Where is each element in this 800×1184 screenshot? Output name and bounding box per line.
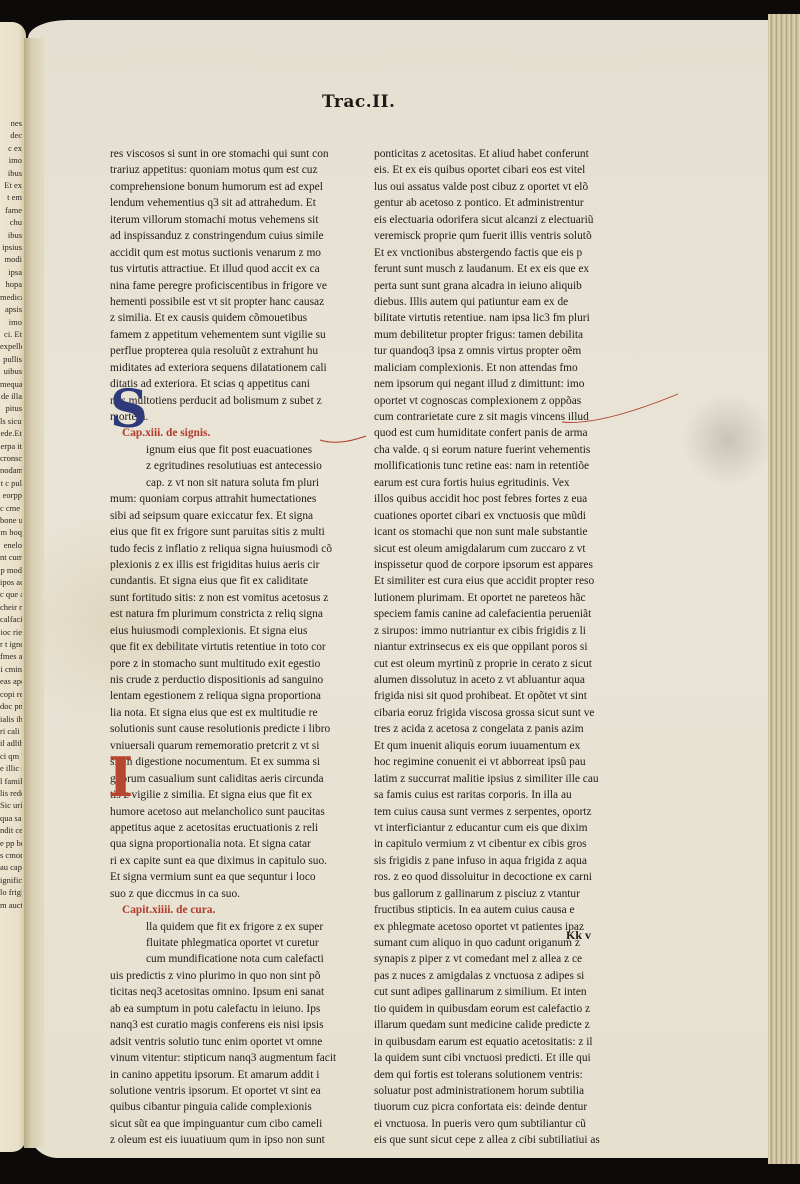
facing-page-fragment: c que ali	[0, 588, 22, 600]
text-line: in canino appetitu ipsorum. Et amarum ad…	[110, 1067, 354, 1083]
text-line: icant os stomachi que non sunt male subs…	[374, 524, 630, 540]
text-line: Et qum inuenit aliquis eorum iuuamentum …	[374, 738, 630, 754]
facing-page-fragment: m aucta	[0, 899, 22, 911]
facing-page-fragment: s cmonilo	[0, 849, 22, 861]
text-line: dem qui fortis est tolerans solutionem v…	[374, 1067, 630, 1083]
text-line: ei vnctuosa. In pueris vero qum subtilia…	[374, 1116, 630, 1132]
facing-page-fragment: nt cumi	[0, 551, 22, 563]
text-line: ponticitas z acetositas. Et aliud habet …	[374, 146, 630, 162]
text-line: Et ex vnctionibus abstergendo factis que…	[374, 245, 630, 261]
text-line: plexionis z ex illis est frigiditas huiu…	[110, 557, 354, 573]
text-line: solutione ventris ipsorum. Et oportet vt…	[110, 1083, 354, 1099]
text-line: tem cuius causa sunt vermes z serpentes,…	[374, 804, 630, 820]
text-line: famem z appetitum vehementem sunt vigili…	[110, 327, 354, 343]
text-line: la quidem sunt cibi vnctuosi predicti. E…	[374, 1050, 630, 1066]
facing-page-fragment: eas ape	[0, 675, 22, 687]
text-line: quod est cum humiditate confert panis de…	[374, 425, 630, 441]
left-text-column: res viscosos si sunt in ore stomachi qui…	[110, 146, 354, 1149]
right-text-column: ponticitas z acetositas. Et aliud habet …	[374, 146, 630, 1149]
text-line: lla quidem que fit ex frigore z ex super	[110, 919, 354, 935]
facing-page-fragment: cronsc	[0, 452, 22, 464]
facing-page-fragment: chu	[0, 216, 22, 228]
text-line: ros. z eo quod dissoluitur in decoctione…	[374, 869, 630, 885]
facing-page-fragment: fame	[0, 204, 22, 216]
facing-page-fragment: bone ul	[0, 514, 22, 526]
text-line: ex phlegmate acetoso oportet vt patiente…	[374, 919, 630, 935]
facing-page-fragment: pullis	[0, 353, 22, 365]
facing-page-fragment: ede.Et	[0, 427, 22, 439]
facing-page-fragment: dec	[0, 129, 22, 141]
text-line: tiuorum cuz picra confortata eis: deinde…	[374, 1099, 630, 1115]
text-line: maliciam complexionis. Et non attendas f…	[374, 360, 630, 376]
text-line: Et similiter est cura eius que accidit p…	[374, 573, 630, 589]
facing-page-text-fragments: nesdecc eximoibusEt ext emfamechuibusips…	[0, 117, 22, 911]
text-line: solutionis sunt cause resolutionis predi…	[110, 721, 354, 737]
facing-page-fragment: p mod	[0, 564, 22, 576]
facing-page-fragment: ci qm lap	[0, 750, 22, 762]
page-fore-edge	[768, 14, 800, 1164]
facing-page-fragment: fmes ait	[0, 650, 22, 662]
text-line: niantur extrinsecus ex eis que oppilant …	[374, 639, 630, 655]
facing-page-fragment: modi	[0, 253, 22, 265]
text-line: ad inspissanduz z constringendum cuius s…	[110, 228, 354, 244]
text-line: ri ex capite sunt ea que diximus in capi…	[110, 853, 354, 869]
text-line: perta sunt sunt grana alcadra in ieiuno …	[374, 278, 630, 294]
text-line: perflue propterea quia resoluũt z extrah…	[110, 343, 354, 359]
facing-page-fragment: nes	[0, 117, 22, 129]
text-line: fluitate phlegmatica oportet vt curetur	[110, 935, 354, 951]
facing-page-fragment: Et ex	[0, 179, 22, 191]
facing-page-fragment: imo	[0, 154, 22, 166]
facing-page-fragment: il adlib	[0, 737, 22, 749]
text-line: uis predictis z vino plurimo in quo non …	[110, 968, 354, 984]
text-line: nem ipsorum qui negant illud z dimittunt…	[374, 376, 630, 392]
text-line: fructibus stipticis. In ea autem cuius c…	[374, 902, 630, 918]
facing-page-fragment: ibus	[0, 229, 22, 241]
running-head: Trac.II.	[322, 92, 395, 112]
text-line: z oleum est eis iuuatiuum qum in ipso no…	[110, 1132, 354, 1148]
text-line: accidit qum est motus suctionis venarum …	[110, 245, 354, 261]
text-line: sit in digestione nocumentum. Et ex summ…	[110, 754, 354, 770]
text-line: tudo fecis z inflatio z reliqua signa hu…	[110, 541, 354, 557]
facing-page-fragment: l famila a	[0, 775, 22, 787]
facing-page-fragment: e pp bois	[0, 837, 22, 849]
text-line: tus virtutis attractiue. Et illud quod a…	[110, 261, 354, 277]
text-line: inspissetur quod de corpore ipsorum est …	[374, 557, 630, 573]
text-line: lentam egestionem z reliqua signa propor…	[110, 688, 354, 704]
text-line: speciem famis canine ad calefacientia pe…	[374, 606, 630, 622]
text-line: gnorum casualium sunt caliditas aeris ci…	[110, 771, 354, 787]
text-line: sunt fortitudo sitis: z non est vomitus …	[110, 590, 354, 606]
signature-mark: Kk v	[566, 928, 591, 943]
text-line: vt interficiantur z educantur cum eis qu…	[374, 820, 630, 836]
facing-page-fragment: enelo	[0, 539, 22, 551]
text-line: tres z acida z acetosa z congelata z pan…	[374, 721, 630, 737]
text-line: cut est oleum myrtinũ z proprie in cerat…	[374, 656, 630, 672]
facing-page-fragment: calfaci	[0, 613, 22, 625]
text-line: diebus. Illis autem qui patiuntur eam ex…	[374, 294, 630, 310]
text-line: z egritudines resolutiuas est antecessio	[110, 458, 354, 474]
text-line: in quibusdam earum est equatio acetosita…	[374, 1034, 630, 1050]
text-line: iterum villorum stomachi motus vehemens …	[110, 212, 354, 228]
facing-page-fragment: i cmin	[0, 663, 22, 675]
text-line: gentur ab acetoso z pontico. Et administ…	[374, 195, 630, 211]
text-line: qua signa proportionalia nota. Et signa …	[110, 836, 354, 852]
text-line: bus gallorum z gallinarum z pisciuz z vt…	[374, 886, 630, 902]
text-line: res viscosos si sunt in ore stomachi qui…	[110, 146, 354, 162]
facing-page-fragment: t c pul	[0, 477, 22, 489]
text-line: lus oui assatus valde post cibuz z oport…	[374, 179, 630, 195]
facing-page-fragment: ls sicut	[0, 415, 22, 427]
text-line: pore z in stomacho sunt multitudo exit e…	[110, 656, 354, 672]
facing-page-fragment: cheir re	[0, 601, 22, 613]
text-line: earum est cura fortis huius egritudinis.…	[374, 475, 630, 491]
text-line: eis electuaria odorifera sicut alcanzi z…	[374, 212, 630, 228]
text-line: hoc regimine conuenit ei vt abborreat ip…	[374, 754, 630, 770]
text-line: cut sunt adipes gallinarum z similium. E…	[374, 984, 630, 1000]
text-line: synapis z piper z vt comedant mel z alle…	[374, 951, 630, 967]
text-line: Et signa vermium sunt ea que sequntur i …	[110, 869, 354, 885]
text-line: suo z que diccmus in ca suo.	[110, 886, 354, 902]
facing-page-fragment: ignificio	[0, 874, 22, 886]
facing-page-fragment: ipos acci	[0, 576, 22, 588]
chapter-heading: Capit.xiiii. de cura.	[110, 902, 354, 918]
facing-page-fragment: hopa	[0, 278, 22, 290]
text-line: z sirupos: immo nutriantur ex cibis frig…	[374, 623, 630, 639]
facing-page-fragment: t em	[0, 191, 22, 203]
facing-page-fragment: de illa	[0, 390, 22, 402]
facing-page-fragment: ibus	[0, 167, 22, 179]
text-line: mum: quoniam corpus attrahit humectation…	[110, 491, 354, 507]
text-line: tis z vigilie z similia. Et signa eius q…	[110, 787, 354, 803]
text-line: eis. Et ex eis quibus oportet cibari eos…	[374, 162, 630, 178]
text-line: eius huiusmodi complexionis. Et signa ei…	[110, 623, 354, 639]
facing-page-fragment: ndit ce t	[0, 824, 22, 836]
facing-page-fragment: lo frigio	[0, 886, 22, 898]
facing-page-fragment: doc pmi	[0, 700, 22, 712]
text-line: lutionem plurimam. Et oportet ne pareteo…	[374, 590, 630, 606]
text-line: illos quibus accidit hoc post febres for…	[374, 491, 630, 507]
text-line: que fit ex debilitate virtutis retentiue…	[110, 639, 354, 655]
facing-page-fragment: Sic urio	[0, 799, 22, 811]
facing-page-fragment: pitus	[0, 402, 22, 414]
text-line: veremisck proprie qum fuerit illis ventr…	[374, 228, 630, 244]
text-line: sa famis cuius est raritas corporis. In …	[374, 787, 630, 803]
text-line: in capitulo vermium z vt cibentur ex cib…	[374, 836, 630, 852]
facing-page-fragment: c cme t	[0, 502, 22, 514]
text-line: hementi possibile est vt sit propter han…	[110, 294, 354, 310]
text-line: ferunt sunt musch z laudanum. Et ex eis …	[374, 261, 630, 277]
facing-page-fragment: expelle	[0, 340, 22, 352]
facing-page-fragment: lis reddi	[0, 787, 22, 799]
facing-page-fragment: ioc rie	[0, 626, 22, 638]
facing-page-fragment: ialis ihe	[0, 713, 22, 725]
text-line: tur quandoq3 ipsa z omnis virtus propter…	[374, 343, 630, 359]
facing-page-fragment: erpa it	[0, 440, 22, 452]
text-line: lendum vehementius q3 sit ad attrahedum.…	[110, 195, 354, 211]
text-line: illarum quedam sunt medicine calide pred…	[374, 1017, 630, 1033]
facing-page-fragment: ci. Et	[0, 328, 22, 340]
text-line: cundantis. Et signa eius que fit ex cali…	[110, 573, 354, 589]
facing-page-fragment: ipsa	[0, 266, 22, 278]
text-line: cum mundificatione nota cum calefacti	[110, 951, 354, 967]
facing-page-fragment: c ex	[0, 142, 22, 154]
facing-page-fragment: qua sabon	[0, 812, 22, 824]
text-line: ticitas neq3 acetositas omnino. Ipsum en…	[110, 984, 354, 1000]
text-line: miditates ad exteriora sequens dilatatio…	[110, 360, 354, 376]
text-line: mollificationis tunc retine eas: nam in …	[374, 458, 630, 474]
text-line: cibaria eoruz frigida viscosa grossa sic…	[374, 705, 630, 721]
text-line: eius que fit ex frigore sunt paruitas si…	[110, 524, 354, 540]
text-line: frigida nisi sit quod prohibeat. Et opõt…	[374, 688, 630, 704]
text-line: nina fame peregre proficiscentibus in fr…	[110, 278, 354, 294]
facing-page-fragment: eorpp	[0, 489, 22, 501]
facing-page-fragment: apsis	[0, 303, 22, 315]
text-line: est natura fm plurimum constricta z reli…	[110, 606, 354, 622]
text-line: sibi ad seipsum quare exiccatur fex. Et …	[110, 508, 354, 524]
text-line: cap. z vt non sit natura soluta fm pluri	[110, 475, 354, 491]
book-gutter	[24, 38, 44, 1148]
facing-page-fragment: mequa	[0, 378, 22, 390]
facing-page-fragment: ri cali in	[0, 725, 22, 737]
text-line: sumant cum aliquo in quo cadunt origanum…	[374, 935, 630, 951]
text-line: latim z succurrat malitie ipsius z simil…	[374, 771, 630, 787]
facing-page-fragment: ipsius	[0, 241, 22, 253]
facing-page-fragment: e illic ni	[0, 762, 22, 774]
facing-page-fragment: m hoq	[0, 526, 22, 538]
text-line: z similia. Et ex causis quidem cõmouetib…	[110, 310, 354, 326]
facing-page-fragment: r t igne	[0, 638, 22, 650]
facing-page-fragment: imo	[0, 316, 22, 328]
rubric-pen-stroke-right	[560, 392, 680, 426]
text-line: mum debilitetur propter frigus: tamen de…	[374, 327, 630, 343]
text-line: eis que sunt sicut cepe z allea z cibi s…	[374, 1132, 630, 1148]
text-line: tio quidem in quibusdam eorum est calefa…	[374, 1001, 630, 1017]
rubric-pen-stroke	[318, 428, 368, 448]
text-line: nis crude z perductio dispositionis ad s…	[110, 672, 354, 688]
text-line: comprehensione bonum humorum est ad expe…	[110, 179, 354, 195]
text-line: quibus cibantur pinguia calide complexio…	[110, 1099, 354, 1115]
text-line: vniuersali quarum rememoratio pretcrit z…	[110, 738, 354, 754]
text-line: sicut sũt ea que impinguantur cum cibo c…	[110, 1116, 354, 1132]
text-line: adsit ventris solutio tunc enim oportet …	[110, 1034, 354, 1050]
text-line: appetitus aque z acetositas eructuationi…	[110, 820, 354, 836]
text-line: vinum vitentur: stipticum nanq3 augmentu…	[110, 1050, 354, 1066]
facing-page-fragment: uibus	[0, 365, 22, 377]
text-line: cha valde. q si eorum nature fuerint veh…	[374, 442, 630, 458]
facing-page-fragment: au capitul	[0, 861, 22, 873]
text-line: bilitate virtutis retentiue. nam ipsa li…	[374, 310, 630, 326]
text-line: nanq3 est curatio magis conferens eis ni…	[110, 1017, 354, 1033]
text-line: humore acetoso aut melancholico sunt pau…	[110, 804, 354, 820]
text-line: pas z nuces z amigdalas z vnctuosa z adi…	[374, 968, 630, 984]
text-line: alumen dissolutuz in aceto z vt abluantu…	[374, 672, 630, 688]
text-line: sicut est oleum amigdalarum cum zuccaro …	[374, 541, 630, 557]
facing-page-fragment: medica	[0, 291, 22, 303]
text-line: sis frigidis z pane infuso in aqua frigi…	[374, 853, 630, 869]
facing-page-fragment: nodam	[0, 464, 22, 476]
decorated-initial-s: S	[110, 386, 148, 434]
decorated-initial-i: I	[108, 752, 144, 804]
text-line: trariuz appetitus: quoniam motus qum est…	[110, 162, 354, 178]
facing-left-page: nesdecc eximoibusEt ext emfamechuibusips…	[0, 22, 26, 1152]
facing-page-fragment: copi reddi	[0, 688, 22, 700]
text-line: cuationes oportet cibari ex vnctuosis qu…	[374, 508, 630, 524]
text-line: lia nota. Et signa eius que est ex multi…	[110, 705, 354, 721]
text-line: soluatur post administrationem horum sub…	[374, 1083, 630, 1099]
text-line: ab ea sumptum in potu calefactu in ieiun…	[110, 1001, 354, 1017]
